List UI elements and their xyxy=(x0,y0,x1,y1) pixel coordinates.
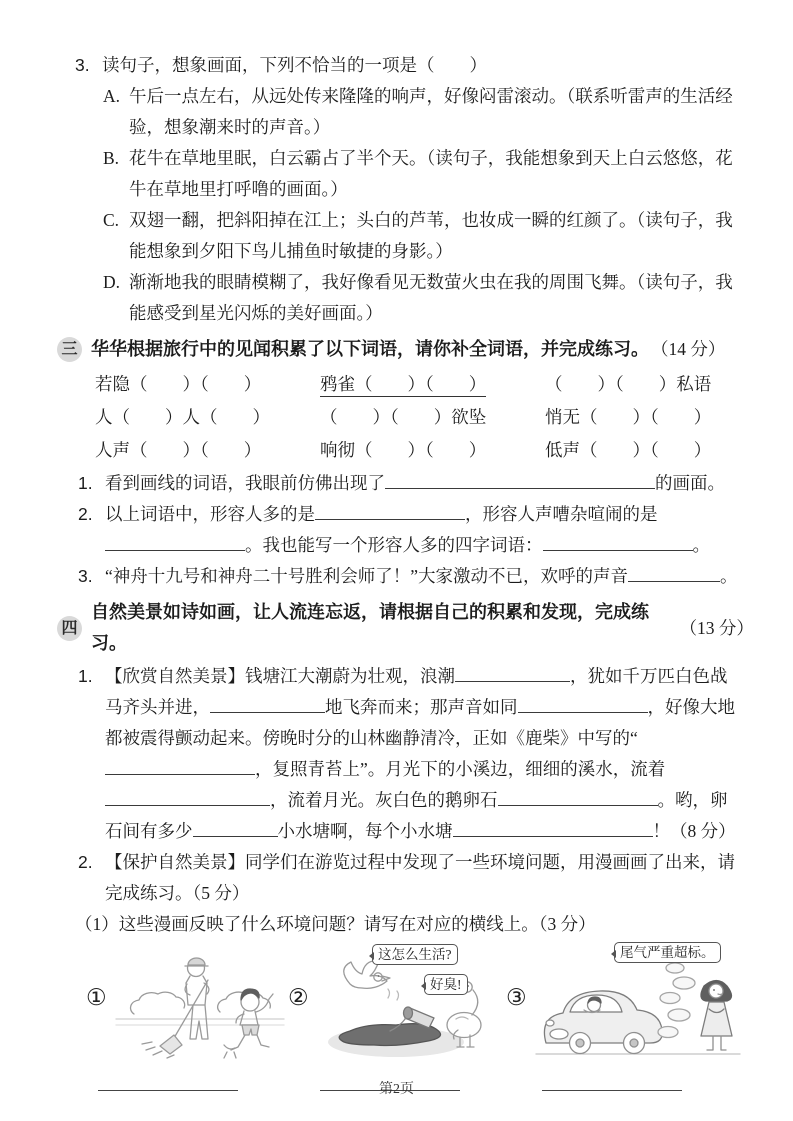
cartoon-1-number: ① xyxy=(86,986,107,1009)
option-b: B. 花牛在草地里眠，白云霸占了半个天。（读句子，我能想象到天上白云悠悠，花牛在… xyxy=(103,143,793,205)
worksheet-page: 3.读句子，想象画面，下列不恰当的一项是（ ） A. 午后一点左右，从远处传来隆… xyxy=(0,0,793,1121)
section-4-question-1: 1. 【欣赏自然美景】钱塘江大潮蔚为壮观，浪潮，犹如千万匹白色战马齐头并进，地飞… xyxy=(78,661,793,847)
cartoon-3-number: ③ xyxy=(506,986,527,1009)
section-3-title: 华华根据旅行中的见闻积累了以下词语，请你补全词语，并完成练习。 xyxy=(91,334,649,365)
cartoon-2-water-pollution: ② xyxy=(288,944,506,1072)
option-label: D. xyxy=(103,267,129,329)
option-text: 渐渐地我的眼睛模糊了，我好像看见无数萤火虫在我的周围飞舞。（读句子，我能感受到星… xyxy=(129,267,741,329)
section-4-score: （13 分） xyxy=(680,613,753,644)
sub-item-number: （1） xyxy=(75,914,119,934)
option-text: 午后一点左右，从远处传来隆隆的响声，好像闷雷滚动。（联系听雷声的生活经验，想象潮… xyxy=(129,81,741,143)
answer-blank[interactable] xyxy=(455,664,570,683)
section-4-header: 四 自然美景如诗如画，让人流连忘返，请根据自己的积累和发现，完成练习。 （13 … xyxy=(57,597,753,659)
section-3-header: 三 华华根据旅行中的见闻积累了以下词语，请你补全词语，并完成练习。 （14 分） xyxy=(57,334,753,365)
sub-question-text: 看到画线的词语，我眼前仿佛出现了的画面。 xyxy=(105,468,740,499)
question-number: 3. xyxy=(75,50,102,81)
word-item: （ ）（ ）欲坠 xyxy=(320,402,545,433)
word-item: 人声（ ）（ ） xyxy=(95,435,320,466)
answer-blank[interactable] xyxy=(105,533,245,552)
sub-question-text: 【保护自然美景】同学们在游览过程中发现了一些环境问题，用漫画画了出来，请完成练习… xyxy=(105,847,740,909)
word-item: 低声（ ）（ ） xyxy=(545,435,745,466)
option-label: B. xyxy=(103,143,129,205)
answer-blank[interactable] xyxy=(628,564,720,583)
sub-item-text: 这些漫画反映了什么环境问题？请写在对应的横线上。（3 分） xyxy=(119,914,596,934)
option-a: A. 午后一点左右，从远处传来隆隆的响声，好像闷雷滚动。（联系听雷声的生活经验，… xyxy=(103,81,793,143)
cartoon-3-exhaust: ③ xyxy=(506,944,744,1072)
cartoon-3-drawing-car-and-woman xyxy=(532,946,744,1070)
section-3-question-3: 3. “神舟十九号和神舟二十号胜利会师了！”大家激动不已，欢呼的声音。 xyxy=(78,561,793,592)
option-label: C. xyxy=(103,205,129,267)
sub-question-number: 2. xyxy=(78,499,105,561)
word-item: 若隐（ ）（ ） xyxy=(95,369,320,400)
page-footer: 第2页 xyxy=(0,1074,793,1105)
section-3-question-2: 2. 以上词语中，形容人多的是，形容人声嘈杂喧闹的是。我也能写一个形容人多的四字… xyxy=(78,499,793,561)
sub-question-text: 以上词语中，形容人多的是，形容人声嘈杂喧闹的是。我也能写一个形容人多的四字词语：… xyxy=(105,499,740,561)
option-c: C. 双翅一翻，把斜阳掉在江上；头白的芦苇，也妆成一瞬的红颜了。（读句子，我能想… xyxy=(103,205,793,267)
cartoon-row: ① xyxy=(86,944,793,1072)
answer-blank[interactable] xyxy=(105,757,255,776)
cartoon-1-drawing-sweeper-and-boy xyxy=(112,946,288,1070)
speech-bubble: 尾气严重超标。 xyxy=(614,942,721,963)
answer-blank[interactable] xyxy=(193,819,278,838)
answer-blank[interactable] xyxy=(518,695,648,714)
answer-blank[interactable] xyxy=(315,502,465,521)
sub-question-number: 1. xyxy=(78,468,105,499)
word-item: 人（ ）人（ ） xyxy=(95,402,320,433)
speech-bubble: 这怎么生活? xyxy=(372,944,458,965)
option-d: D. 渐渐地我的眼睛模糊了，我好像看见无数萤火虫在我的周围飞舞。（读句子，我能感… xyxy=(103,267,793,329)
speech-bubble: 好臭! xyxy=(424,974,468,995)
answer-blank[interactable] xyxy=(498,788,658,807)
sub-question-number: 1. xyxy=(78,661,105,847)
answer-blank[interactable] xyxy=(210,695,325,714)
option-text: 双翅一翻，把斜阳掉在江上；头白的芦苇，也妆成一瞬的红颜了。（读句子，我能想象到夕… xyxy=(129,205,741,267)
option-label: A. xyxy=(103,81,129,143)
section-3-question-1: 1. 看到画线的词语，我眼前仿佛出现了的画面。 xyxy=(78,468,793,499)
sub-question-text: 【欣赏自然美景】钱塘江大潮蔚为壮观，浪潮，犹如千万匹白色战马齐头并进，地飞奔而来… xyxy=(105,661,740,847)
sub-question-text: “神舟十九号和神舟二十号胜利会师了！”大家激动不已，欢呼的声音。 xyxy=(105,561,740,592)
section-4-badge: 四 xyxy=(57,616,82,641)
question-text: 读句子，想象画面，下列不恰当的一项是（ ） xyxy=(102,55,487,75)
word-grid: 若隐（ ）（ ） 鸦雀（ ）（ ） （ ）（ ）私语 人（ ）人（ ） （ ）（… xyxy=(95,369,793,466)
section-3-badge: 三 xyxy=(57,337,82,362)
section-3-score: （14 分） xyxy=(651,334,725,365)
sub-question-number: 2. xyxy=(78,847,105,909)
answer-blank[interactable] xyxy=(105,788,270,807)
sub-question-number: 3. xyxy=(78,561,105,592)
section-4-sub-question-1: （1）这些漫画反映了什么环境问题？请写在对应的横线上。（3 分） xyxy=(75,909,755,940)
word-item-underlined: 鸦雀（ ）（ ） xyxy=(320,369,545,400)
cartoon-2-number: ② xyxy=(288,986,309,1009)
section-4-question-2: 2. 【保护自然美景】同学们在游览过程中发现了一些环境问题，用漫画画了出来，请完… xyxy=(78,847,793,909)
answer-blank[interactable] xyxy=(385,471,655,490)
cartoon-1-litter: ① xyxy=(86,944,288,1072)
section-4-title: 自然美景如诗如画，让人流连忘返，请根据自己的积累和发现，完成练习。 xyxy=(91,597,678,659)
answer-blank[interactable] xyxy=(543,533,693,552)
answer-blank[interactable] xyxy=(453,819,653,838)
question-3-prompt: 3.读句子，想象画面，下列不恰当的一项是（ ） xyxy=(75,50,745,81)
word-item: 悄无（ ）（ ） xyxy=(545,402,745,433)
word-item: （ ）（ ）私语 xyxy=(545,369,745,400)
word-item: 响彻（ ）（ ） xyxy=(320,435,545,466)
option-text: 花牛在草地里眠，白云霸占了半个天。（读句子，我能想象到天上白云悠悠，花牛在草地里… xyxy=(129,143,741,205)
